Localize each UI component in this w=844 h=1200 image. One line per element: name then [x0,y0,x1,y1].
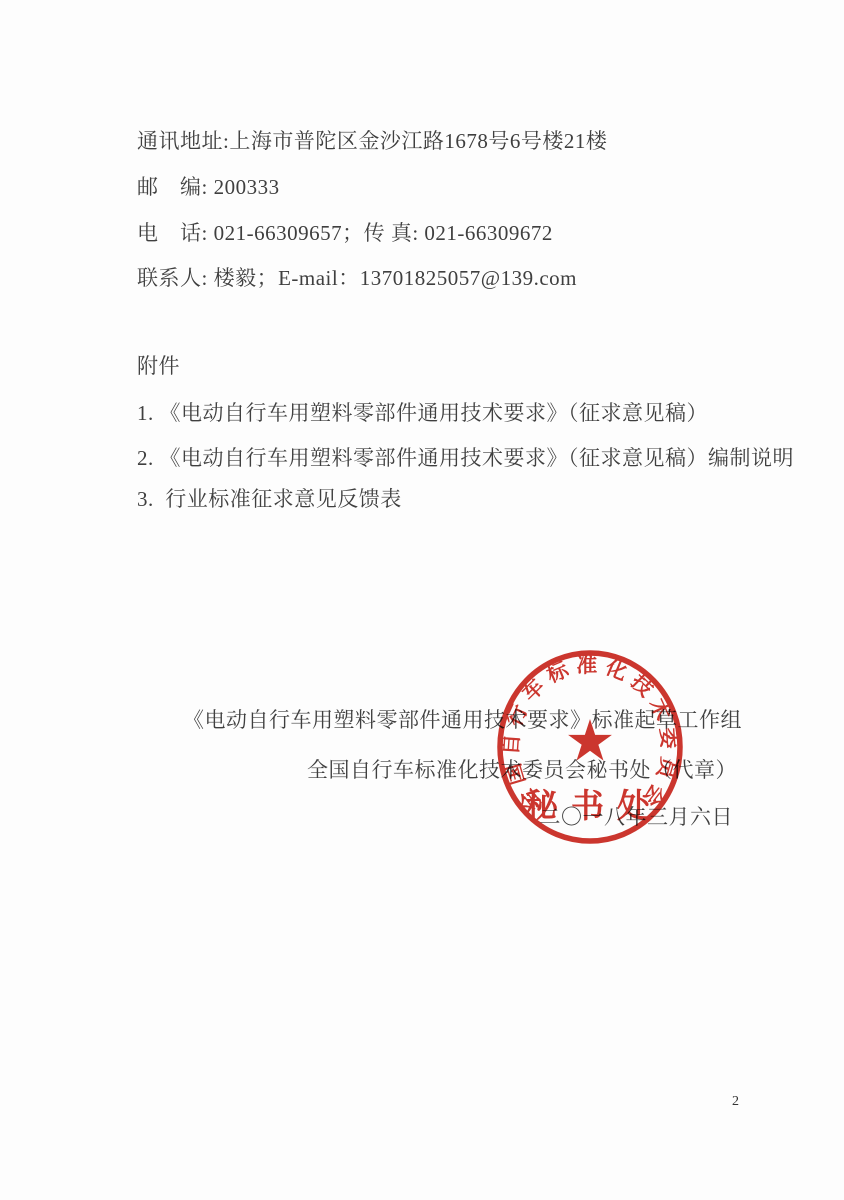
attachment-item-3: 3. 行业标准征求意见反馈表 [137,487,402,511]
document-page: 通讯地址:上海市普陀区金沙江路1678号6号楼21楼 邮 编: 200333 电… [0,0,844,1200]
contact-postcode: 邮 编: 200333 [137,175,280,199]
contact-person-email: 联系人: 楼毅；E-mail：13701825057@139.com [137,266,577,290]
seal-bottom-text: 秘书处 [525,788,663,825]
attachment-item-1: 1. 《电动自行车用塑料零部件通用技术要求》（征求意见稿） [137,401,708,425]
attachment-item-2: 2. 《电动自行车用塑料零部件通用技术要求》（征求意见稿）编制说明 [137,446,794,470]
contact-phone-fax: 电 话: 021-66309657；传 真: 021-66309672 [137,221,553,245]
official-seal: 全国自行车标准化技术委员会 秘书处 [490,642,690,852]
star-icon [568,719,612,761]
contact-address: 通讯地址:上海市普陀区金沙江路1678号6号楼21楼 [137,129,607,153]
attachments-label: 附件 [137,354,180,378]
page-number: 2 [732,1094,739,1110]
